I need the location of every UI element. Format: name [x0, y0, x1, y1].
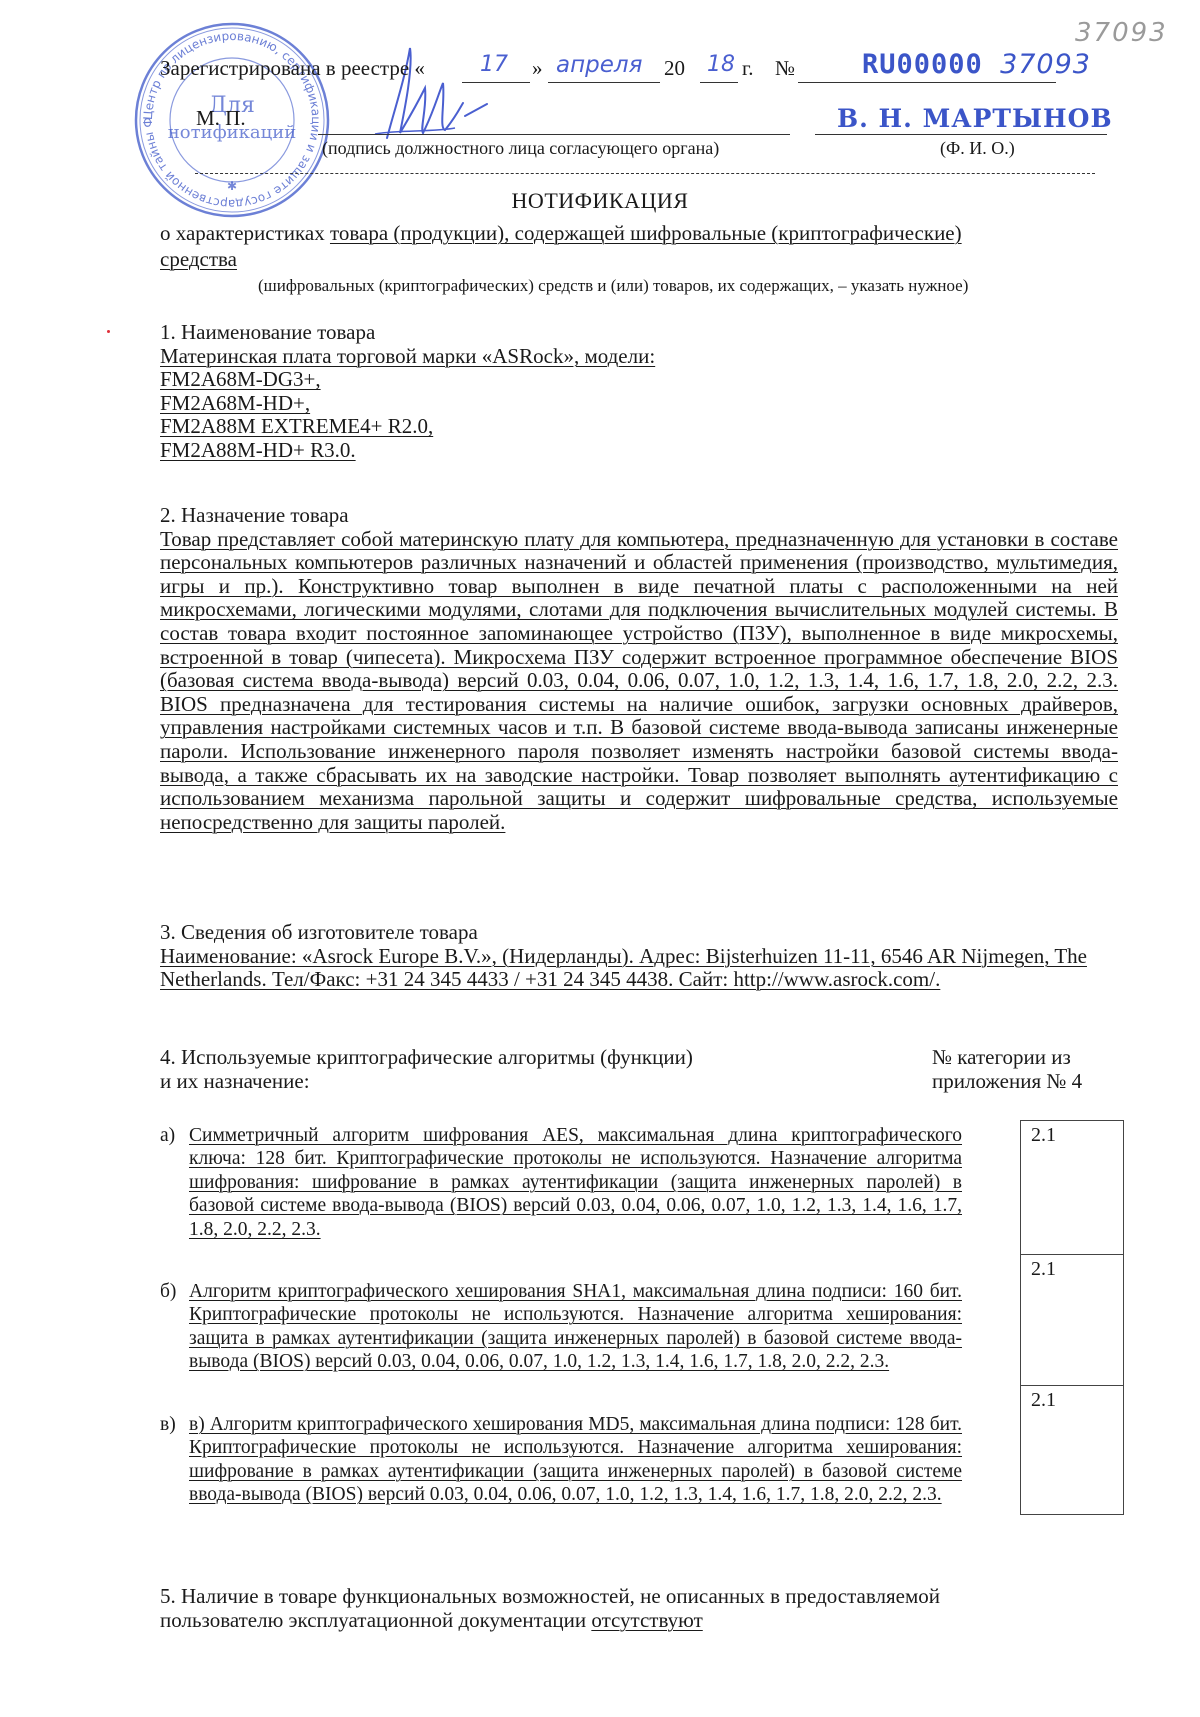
section-answer: отсутствуют [591, 1608, 702, 1632]
algorithm-item-sha1: б) Алгоритм криптографического хеширован… [160, 1280, 962, 1374]
signature-underline [318, 134, 790, 135]
category-cell: 2.1 [1021, 1121, 1124, 1255]
subtitle-note: (шифровальных (криптографических) средст… [258, 276, 968, 296]
year-underline [700, 82, 738, 83]
section-manufacturer: 3. Сведения об изготовителе товара Наиме… [160, 921, 1118, 992]
red-mark-dot [107, 330, 110, 333]
quote-close: » [532, 56, 543, 81]
signature-caption: (подпись должностного лица согласующего … [322, 138, 719, 159]
category-cell: 2.1 [1021, 1255, 1124, 1386]
item-label: в) [160, 1413, 176, 1436]
model-item: FM2A68M-DG3+, [160, 368, 1118, 392]
section-heading: 3. Сведения об изготовителе товара [160, 921, 1118, 945]
registration-label: Зарегистрирована в реестре « [160, 56, 425, 81]
item-text: Алгоритм криптографического хеширования … [189, 1280, 962, 1374]
year-suffix: г. [742, 56, 754, 81]
number-label: № [775, 56, 795, 81]
number-handwritten: 37093 [1000, 49, 1091, 80]
section-body: Товар представляет собой материнскую пла… [160, 528, 1118, 835]
handwritten-signature [365, 38, 495, 148]
dashed-separator [195, 173, 1095, 174]
item-text: в) Алгоритм криптографического хеширован… [189, 1413, 962, 1507]
category-header-line2: приложения № 4 [932, 1070, 1132, 1094]
category-header-line1: № категории из [932, 1046, 1132, 1070]
section-heading: 4. Используемые криптографические алгори… [160, 1046, 840, 1070]
document-title: НОТИФИКАЦИЯ [0, 188, 1200, 214]
section-product-purpose: 2. Назначение товара Товар представляет … [160, 504, 1118, 834]
year-prefix: 20 [664, 56, 685, 81]
name-caption: (Ф. И. О.) [940, 138, 1015, 159]
official-name-stamp: В. Н. МАРТЫНОВ [837, 104, 1113, 133]
item-label: а) [160, 1124, 175, 1147]
section-heading: 2. Назначение товара [160, 504, 1118, 528]
category-table: 2.1 2.1 2.1 [1020, 1120, 1124, 1515]
section-heading-line2: и их назначение: [160, 1070, 840, 1094]
section-heading: 1. Наименование товара [160, 321, 1118, 345]
algorithm-item-aes: а) Симметричный алгоритм шифрования AES,… [160, 1124, 962, 1241]
item-text: Симметричный алгоритм шифрования AES, ма… [189, 1124, 962, 1241]
category-cell: 2.1 [1021, 1386, 1124, 1515]
month-underline [548, 82, 660, 83]
subtitle-plain: о характеристиках [160, 221, 330, 245]
section-product-name: 1. Наименование товара Материнская плата… [160, 321, 1118, 463]
name-underline [815, 134, 1107, 135]
seal-place-label: М. П. [196, 106, 246, 131]
registration-month: апреля [556, 52, 642, 78]
section-undocumented-features: 5. Наличие в товаре функциональных возмо… [160, 1585, 1118, 1632]
day-underline [462, 82, 530, 83]
registration-day: 17 [480, 52, 508, 77]
number-stamp: RU00000 [862, 49, 983, 80]
category-column-header: № категории из приложения № 4 [932, 1046, 1132, 1093]
section-algorithms-heading: 4. Используемые криптографические алгори… [160, 1046, 840, 1093]
number-underline [798, 82, 1056, 83]
item-label: б) [160, 1280, 176, 1303]
subtitle-underlined: товара (продукции), содержащей шифроваль… [330, 221, 962, 245]
model-item: FM2A88M EXTREME4+ R2.0, [160, 415, 1118, 439]
section-text-line2: пользователю эксплуатационной документац… [160, 1608, 591, 1632]
subtitle-line2: средства [160, 247, 237, 272]
corner-pencil-number: 37093 [1075, 18, 1168, 48]
algorithm-item-md5: в) в) Алгоритм криптографического хеширо… [160, 1413, 962, 1507]
document-subtitle: о характеристиках товара (продукции), со… [160, 221, 962, 246]
registration-number: RU00000 37093 [862, 49, 1091, 80]
section-text-line1: 5. Наличие в товаре функциональных возмо… [160, 1585, 1118, 1609]
model-item: FM2A68M-HD+, [160, 392, 1118, 416]
model-item: FM2A88M-HD+ R3.0. [160, 439, 1118, 463]
registration-year: 18 [707, 52, 735, 77]
section-body: Наименование: «Asrock Europe B.V.», (Нид… [160, 945, 1118, 992]
product-line: Материнская плата торговой марки «ASRock… [160, 345, 1118, 369]
